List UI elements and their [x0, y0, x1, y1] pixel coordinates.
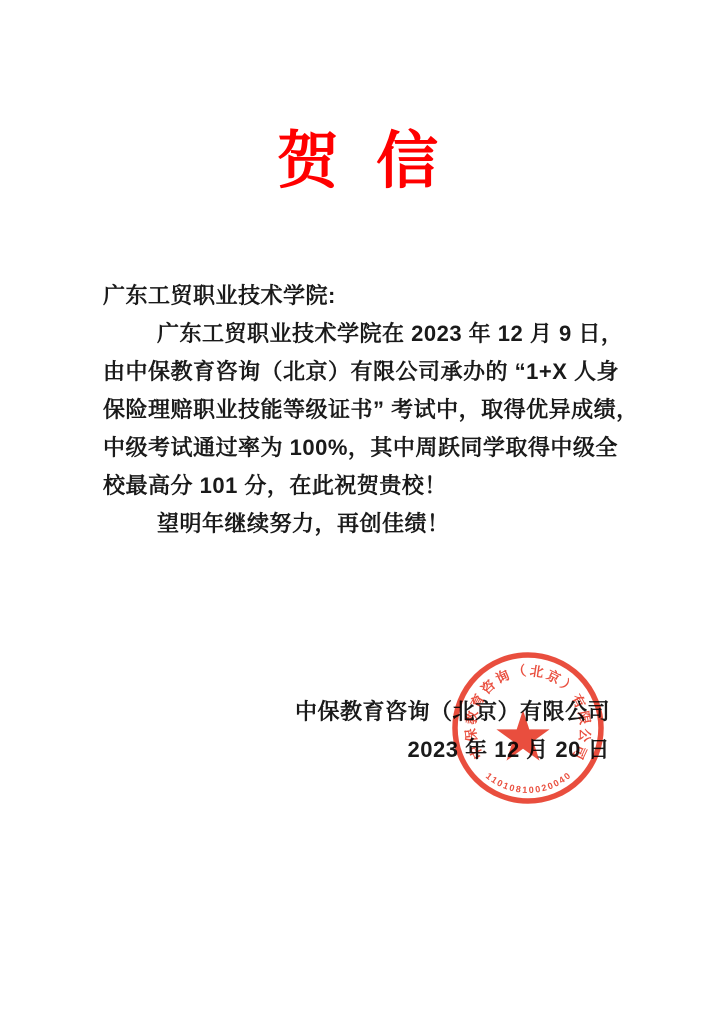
salutation-line: 广东工贸职业技术学院:	[103, 277, 617, 315]
seal-serial-char: 0	[528, 785, 534, 795]
body-line: 由中保教育咨询（北京）有限公司承办的 “1+X 人身	[103, 353, 617, 391]
body-line: 中级考试通过率为 100%，其中周跃同学取得中级全	[103, 429, 617, 467]
seal-arc-char: 保	[462, 727, 480, 743]
body-line: 校最高分 101 分，在此祝贺贵校！	[103, 467, 617, 505]
congratulation-letter-page: 贺 信 广东工贸职业技术学院: 广东工贸职业技术学院在 2023 年 12 月 …	[0, 0, 717, 1014]
seal-arc-char: ）	[558, 677, 578, 697]
seal-arc-char: 中	[466, 743, 486, 762]
seal-serial-char: 1	[522, 785, 528, 795]
seal-arc-char: 司	[570, 743, 590, 762]
body-line: 保险理赔职业技能等级证书” 考试中，取得优异成绩，	[103, 391, 617, 429]
seal-arc-char: 北	[529, 663, 545, 680]
seal-arc-char: 询	[493, 666, 513, 687]
closing-line: 望明年继续努力，再创佳绩！	[103, 505, 617, 543]
seal-arc-char: （	[511, 663, 527, 680]
seal-arc-char: 教	[462, 709, 480, 726]
letter-title: 贺 信	[0, 126, 717, 198]
seal-arc-char: 限	[575, 710, 592, 726]
seal-serial-char: 8	[515, 784, 522, 795]
letter-body: 广东工贸职业技术学院: 广东工贸职业技术学院在 2023 年 12 月 9 日，…	[103, 277, 617, 543]
company-seal: 中保教育咨询（北京）有限公司 11010810020040	[448, 648, 608, 808]
seal-star-icon	[496, 710, 549, 761]
seal-arc-char: 公	[576, 728, 593, 744]
seal-arc-char: 有	[568, 691, 589, 711]
body-line: 广东工贸职业技术学院在 2023 年 12 月 9 日，	[103, 315, 617, 353]
